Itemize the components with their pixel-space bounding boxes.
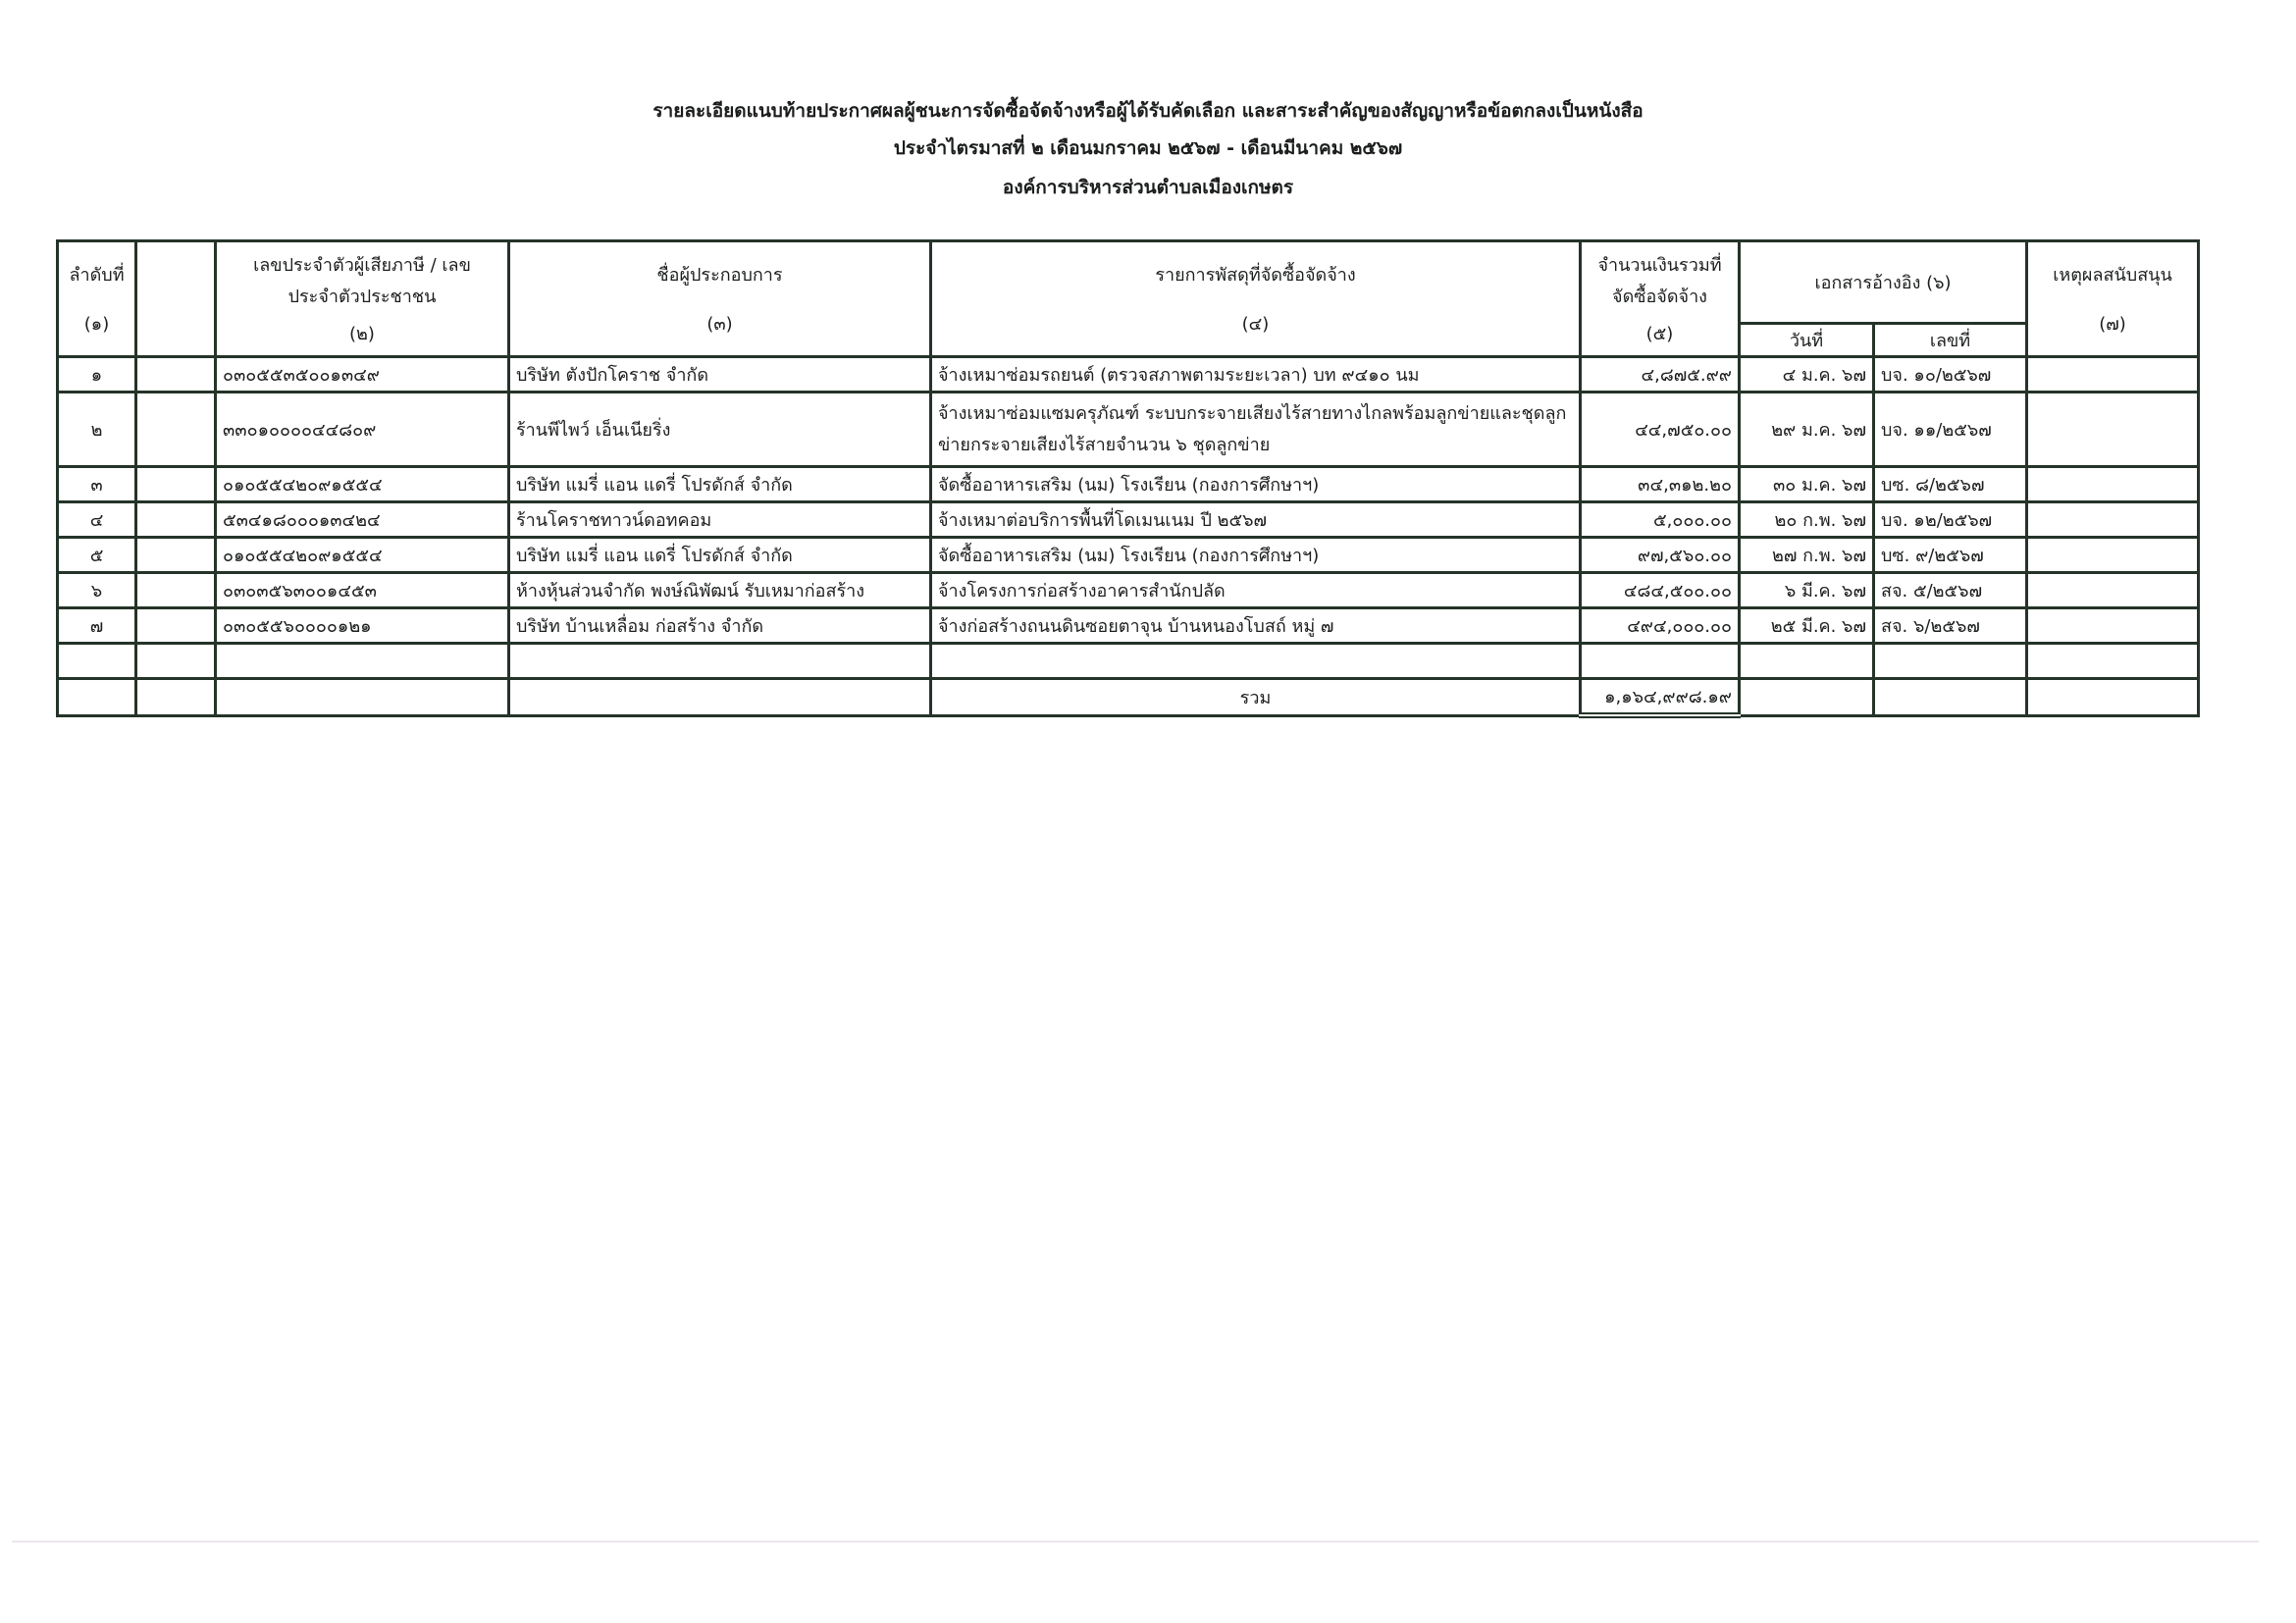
empty-cell [58,644,136,679]
row-item: จัดซื้ออาหารเสริม (นม) โรงเรียน (กองการศ… [931,538,1581,573]
row-amount: ๙๗,๕๖๐.๐๐ [1581,538,1740,573]
row-seq: ๑ [58,357,136,393]
row-ref-number: บซ. ๘/๒๕๖๗ [1874,467,2027,502]
row-seq: ๔ [58,502,136,538]
row-blank [136,538,216,573]
row-seq: ๓ [58,467,136,502]
row-reason [2027,357,2199,393]
total-amount: ๑,๑๖๔,๙๙๘.๑๙ [1581,679,1740,716]
row-reason [2027,573,2199,608]
row-amount: ๔๘๔,๕๐๐.๐๐ [1581,573,1740,608]
row-seq: ๖ [58,573,136,608]
header-refdoc-number: เลขที่ [1874,324,2027,357]
row-reason [2027,467,2199,502]
row-amount: ๔,๘๗๕.๙๙ [1581,357,1740,393]
row-blank [136,573,216,608]
table-row: ๓๐๑๐๕๕๔๒๐๙๑๕๕๔บริษัท แมรี่ แอน แดรี่ โปร… [58,467,2199,502]
header-reason: เหตุผลสนับสนุน (๗) [2027,241,2199,357]
row-taxid: ๕๓๔๑๘๐๐๐๑๓๔๒๔ [216,502,509,538]
empty-cell [216,679,509,716]
header-vendor: ชื่อผู้ประกอบการ (๓) [509,241,931,357]
procurement-table: ลำดับที่ (๑) เลขประจำตัวผู้เสียภาษี / เล… [56,239,2200,718]
row-ref-number: บซ. ๙/๒๕๖๗ [1874,538,2027,573]
empty-cell [1740,679,1874,716]
empty-cell [1874,679,2027,716]
row-ref-number: บจ. ๑๒/๒๕๖๗ [1874,502,2027,538]
total-label: รวม [931,679,1581,716]
row-taxid: ๐๓๐๕๕๓๕๐๐๑๓๔๙ [216,357,509,393]
header-refdoc: เอกสารอ้างอิง (๖) [1740,241,2027,324]
empty-cell [58,679,136,716]
row-item-line2: ข่ายกระจายเสียงไร้สายจำนวน ๖ ชุดลูกข่าย [938,430,1573,461]
row-seq: ๗ [58,608,136,644]
row-blank [136,357,216,393]
row-ref-number: สจ. ๖/๒๕๖๗ [1874,608,2027,644]
header-seq: ลำดับที่ (๑) [58,241,136,357]
table-row: ๗๐๓๐๕๕๖๐๐๐๐๑๒๑บริษัท บ้านเหลื่อม ก่อสร้า… [58,608,2199,644]
row-ref-date: ๓๐ ม.ค. ๖๗ [1740,467,1874,502]
row-vendor: บริษัท บ้านเหลื่อม ก่อสร้าง จำกัด [509,608,931,644]
row-ref-date: ๒๙ ม.ค. ๖๗ [1740,393,1874,467]
empty-cell [136,644,216,679]
document-period: ประจำไตรมาสที่ ๒ เดือนมกราคม ๒๕๖๗ - เดือ… [0,133,2296,163]
row-item: จ้างก่อสร้างถนนดินซอยตาจุน บ้านหนองโบสถ์… [931,608,1581,644]
empty-cell [136,679,216,716]
row-amount: ๕,๐๐๐.๐๐ [1581,502,1740,538]
total-row: รวม๑,๑๖๔,๙๙๘.๑๙ [58,679,2199,716]
row-blank [136,393,216,467]
row-reason [2027,538,2199,573]
row-ref-date: ๒๗ ก.พ. ๖๗ [1740,538,1874,573]
document-title: รายละเอียดแนบท้ายประกาศผลผู้ชนะการจัดซื้… [0,96,2296,126]
table-row: ๔๕๓๔๑๘๐๐๐๑๓๔๒๔ร้านโคราชทาวน์ดอทคอมจ้างเห… [58,502,2199,538]
row-amount: ๔๙๔,๐๐๐.๐๐ [1581,608,1740,644]
table-row: ๕๐๑๐๕๕๔๒๐๙๑๕๕๔บริษัท แมรี่ แอน แดรี่ โปร… [58,538,2199,573]
row-taxid: ๐๓๐๓๕๖๓๐๐๑๔๕๓ [216,573,509,608]
row-ref-number: บจ. ๑๑/๒๕๖๗ [1874,393,2027,467]
header-taxid: เลขประจำตัวผู้เสียภาษี / เลข ประจำตัวประ… [216,241,509,357]
table-row-empty [58,644,2199,679]
row-item: จ้างโครงการก่อสร้างอาคารสำนักปลัด [931,573,1581,608]
row-item: จัดซื้ออาหารเสริม (นม) โรงเรียน (กองการศ… [931,467,1581,502]
row-ref-number: บจ. ๑๐/๒๕๖๗ [1874,357,2027,393]
row-taxid: ๐๑๐๕๕๔๒๐๙๑๕๕๔ [216,467,509,502]
empty-cell [2027,644,2199,679]
empty-cell [509,644,931,679]
row-blank [136,608,216,644]
page-divider [12,1541,2259,1543]
row-ref-date: ๔ ม.ค. ๖๗ [1740,357,1874,393]
row-item: จ้างเหมาซ่อมรถยนต์ (ตรวจสภาพตามระยะเวลา)… [931,357,1581,393]
empty-cell [1581,644,1740,679]
row-item: จ้างเหมาต่อบริการพื้นที่โดเมนเนม ปี ๒๕๖๗ [931,502,1581,538]
empty-cell [216,644,509,679]
row-taxid: ๓๓๐๑๐๐๐๐๔๔๘๐๙ [216,393,509,467]
row-vendor: ร้านโคราชทาวน์ดอทคอม [509,502,931,538]
row-vendor: ห้างหุ้นส่วนจำกัด พงษ์ณิพัฒน์ รับเหมาก่อ… [509,573,931,608]
row-ref-date: ๒๐ ก.พ. ๖๗ [1740,502,1874,538]
row-ref-number: สจ. ๕/๒๕๖๗ [1874,573,2027,608]
row-vendor: บริษัท แมรี่ แอน แดรี่ โปรดักส์ จำกัด [509,467,931,502]
row-blank [136,467,216,502]
row-item: จ้างเหมาซ่อมแซมครุภัณฑ์ ระบบกระจายเสียงไ… [931,393,1581,467]
header-blank [136,241,216,357]
row-amount: ๔๔,๗๕๐.๐๐ [1581,393,1740,467]
row-vendor: ร้านพีไพว์ เอ็นเนียริ่ง [509,393,931,467]
row-reason [2027,393,2199,467]
table-row: ๑๐๓๐๕๕๓๕๐๐๑๓๔๙บริษัท ตังปักโคราช จำกัดจ้… [58,357,2199,393]
row-ref-date: ๒๕ มี.ค. ๖๗ [1740,608,1874,644]
row-taxid: ๐๑๐๕๕๔๒๐๙๑๕๕๔ [216,538,509,573]
row-taxid: ๐๓๐๕๕๖๐๐๐๐๑๒๑ [216,608,509,644]
table-row: ๖๐๓๐๓๕๖๓๐๐๑๔๕๓ห้างหุ้นส่วนจำกัด พงษ์ณิพั… [58,573,2199,608]
empty-cell [931,644,1581,679]
table-row: ๒๓๓๐๑๐๐๐๐๔๔๘๐๙ร้านพีไพว์ เอ็นเนียริ่งจ้า… [58,393,2199,467]
row-reason [2027,608,2199,644]
row-seq: ๕ [58,538,136,573]
header-item: รายการพัสดุที่จัดซื้อจัดจ้าง (๔) [931,241,1581,357]
organization-name: องค์การบริหารส่วนตำบลเมืองเกษตร [0,173,2296,202]
empty-cell [1874,644,2027,679]
row-item-line1: จ้างเหมาซ่อมแซมครุภัณฑ์ ระบบกระจายเสียงไ… [938,398,1573,430]
header-refdoc-date: วันที่ [1740,324,1874,357]
row-vendor: บริษัท แมรี่ แอน แดรี่ โปรดักส์ จำกัด [509,538,931,573]
empty-cell [509,679,931,716]
empty-cell [1740,644,1874,679]
empty-cell [2027,679,2199,716]
row-ref-date: ๖ มี.ค. ๖๗ [1740,573,1874,608]
row-vendor: บริษัท ตังปักโคราช จำกัด [509,357,931,393]
row-amount: ๓๔,๓๑๒.๒๐ [1581,467,1740,502]
row-seq: ๒ [58,393,136,467]
row-reason [2027,502,2199,538]
header-amount: จำนวนเงินรวมที่ จัดซื้อจัดจ้าง (๕) [1581,241,1740,357]
row-blank [136,502,216,538]
